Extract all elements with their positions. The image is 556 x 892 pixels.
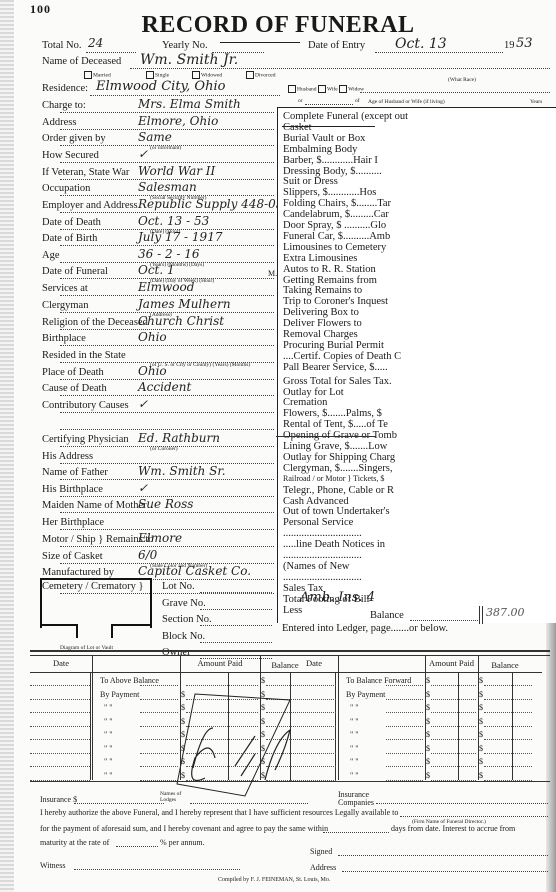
binding-edge [0, 0, 14, 892]
ledger-top-rule [30, 650, 550, 656]
charge-item: Railroad / or Motor } Tickets, $ [283, 474, 384, 483]
amount-paid-line [431, 753, 476, 754]
field-value[interactable]: Mrs. Elma Smith [138, 97, 241, 111]
insurance-companies-label: Insurance Companies [338, 791, 378, 807]
field-label: If Veteran, State War [42, 167, 129, 178]
charge-item: Suit or Dress [283, 176, 338, 187]
checkbox-widowed[interactable] [192, 71, 200, 79]
balance-line [484, 712, 532, 713]
field-value[interactable]: Ed. Rathburn [138, 431, 220, 445]
field-label: Cause of Death [42, 383, 107, 394]
charge-item: Embalming Body [283, 144, 357, 155]
charge-item: .............................. [283, 528, 362, 539]
year-prefix: 19 [504, 40, 515, 51]
field-line [60, 295, 274, 296]
ledger-row-line [140, 685, 178, 686]
lodges-label: Names of Lodges [160, 791, 190, 803]
firm-name-line [400, 816, 548, 817]
ledger-row-line [386, 685, 423, 686]
lot-diagram-box [40, 578, 152, 628]
lot-field-label: Lot No. [162, 581, 195, 592]
ledger-row-line [140, 712, 178, 713]
amount-paid-line [431, 685, 476, 686]
field-line [60, 529, 274, 530]
amount-paid-cell[interactable]: $ [426, 717, 430, 726]
authorization-line-2a: for the payment of aforesaid sum, and I … [40, 824, 328, 833]
lot-field-label: Section No. [162, 614, 212, 625]
checkbox-widow[interactable] [339, 85, 347, 93]
residence-value[interactable]: Elmwood City, Ohio [96, 79, 225, 94]
rate-line [116, 846, 158, 847]
field-label: Order given by [42, 133, 106, 144]
charge-item: Casket [283, 122, 312, 133]
ledger-header-rule [290, 672, 542, 673]
or-label: or [298, 98, 303, 104]
field-label: How Secured [42, 150, 99, 161]
charge-item: Clergyman, $.......Singers, [283, 463, 392, 474]
field-label: Name of Father [42, 467, 108, 478]
field-value[interactable]: 36 - 2 - 16 [138, 247, 200, 261]
lot-field-label: Block No. [162, 631, 205, 642]
charge-item: Getting Remains from [283, 275, 377, 286]
amount-paid-line [431, 766, 476, 767]
field-label: Date of Birth [42, 233, 97, 244]
amount-paid-cell[interactable]: $ [426, 730, 430, 739]
charge-item: Candelabrum, $.........Car [283, 209, 389, 220]
field-line [60, 395, 274, 396]
field-value[interactable]: Sue Ross [138, 497, 193, 511]
charge-item: Removal Charges [283, 329, 358, 340]
field-label: Charge to: [42, 100, 86, 111]
ledger-header-balance: Balance [478, 660, 532, 670]
insurance-companies-line [376, 803, 548, 804]
spouse-options[interactable]: Husband Wife Widow [288, 85, 364, 93]
lot-field-label: Grave No. [162, 598, 206, 609]
charge-item: Delivering Box to [283, 307, 359, 318]
charge-item: Cash Advanced [283, 496, 349, 507]
balance-line [484, 699, 532, 700]
field-label: Certifying Physician [42, 434, 129, 445]
field-value[interactable]: Church Christ [138, 314, 224, 328]
witness-label: Witness [40, 861, 65, 870]
ledger-row-line [386, 753, 423, 754]
charge-item: Personal Service [283, 517, 353, 528]
field-label: Date of Death [42, 217, 101, 228]
ledger-row-line [140, 739, 178, 740]
ledger-date-cell[interactable] [30, 739, 90, 740]
charge-item: Door Spray, $ ..........Glo [283, 220, 386, 231]
total-no-label: Total No. [42, 40, 82, 51]
marital-single[interactable]: Single [146, 71, 169, 79]
balance-cell[interactable]: $ [479, 757, 483, 766]
charge-item: Autos to R. R. Station [283, 264, 376, 275]
charges-header-rule [282, 126, 375, 127]
years-label: Years [530, 99, 542, 105]
charge-item: Limousines to Cemetery [283, 242, 386, 253]
field-line [60, 345, 274, 346]
checkbox-wife[interactable] [318, 85, 326, 93]
of-label: of [355, 98, 360, 104]
ledger-row-label: " " [104, 717, 113, 726]
charge-item: Burial Vault or Box [283, 133, 365, 144]
ledger-row-label: " " [104, 730, 113, 739]
balance-line [484, 685, 532, 686]
field-label: His Birthplace [42, 484, 103, 495]
signed-line[interactable] [338, 855, 548, 856]
ledger-row-line [140, 766, 178, 767]
ledger-row-line [386, 766, 423, 767]
insurance-label: Insurance $ [40, 795, 77, 804]
ledger-row-label: " " [104, 703, 113, 712]
ledger-row-line [140, 699, 178, 700]
stamp-outline-icon [175, 688, 305, 798]
field-label: Clergyman [42, 300, 88, 311]
charge-item: .............................. [283, 550, 362, 561]
ledger-row-label: " " [104, 744, 113, 753]
ledger-row-label: To Above Balance [100, 676, 159, 685]
field-value[interactable]: ✓ [138, 481, 148, 495]
field-line [60, 429, 274, 430]
title-underline [220, 42, 300, 43]
amount-paid-cell[interactable]: $ [426, 744, 430, 753]
checkbox-single[interactable] [146, 71, 154, 79]
charge-item: .....line Death Notices in [283, 539, 385, 550]
year-value[interactable]: 53 [516, 36, 533, 51]
balance-cell[interactable]: $ [479, 744, 483, 753]
field-label: Manufactured by [42, 567, 114, 578]
total-no-line [86, 52, 136, 53]
ledger-row-label: By Payment [100, 690, 139, 699]
balance-line [484, 753, 532, 754]
residence-line [90, 95, 280, 96]
field-label: Her Birthplace [42, 517, 104, 528]
field-label: Size of Casket [42, 551, 103, 562]
balance-cell[interactable]: $ [479, 771, 483, 780]
less-value[interactable]: Amb. Ins. 4 [300, 590, 375, 605]
charge-item: Folding Chairs, $........Tar [283, 198, 391, 209]
amount-paid-line [431, 699, 476, 700]
ledger-column-line [92, 655, 93, 780]
ledger-date-cell[interactable] [30, 726, 90, 727]
amount-paid-cell[interactable]: $ [426, 676, 430, 685]
field-label: Maiden Name of Mother [42, 500, 147, 511]
marital-widowed[interactable]: Widowed [192, 71, 222, 79]
authorization-line-3: maturity at the rate of [40, 838, 109, 847]
field-value[interactable]: Elmwood [138, 280, 194, 294]
balance-cell[interactable]: $ [479, 730, 483, 739]
balance-cell[interactable]: $ [479, 703, 483, 712]
ledger-header-rule [30, 672, 320, 673]
charge-item: (Names of New [283, 561, 349, 572]
field-line [60, 329, 274, 330]
field-line [60, 479, 274, 480]
field-label: Employer and Address [42, 200, 138, 211]
name-line [130, 68, 550, 69]
ledger-row-line [140, 753, 178, 754]
field-suffix: M. [268, 269, 277, 278]
paid-stamp [175, 688, 305, 798]
charge-item: Outlay for Lot [283, 387, 344, 398]
amount-paid-cell[interactable]: $ [426, 690, 430, 699]
charge-item: Cremation [283, 397, 327, 408]
lot-box-bottom-right [111, 624, 150, 626]
charges-panel: Complete Funeral (except outCasketBurial… [277, 107, 556, 623]
field-value[interactable]: Elmore [138, 531, 182, 545]
charge-item: Outlay for Shipping Charg [283, 452, 395, 463]
ledger-header-amount-paid: Amount Paid [425, 658, 478, 668]
address-label: Address [310, 863, 336, 872]
field-value[interactable]: Accident [138, 380, 191, 394]
ledger-subcolumn-line [90, 672, 91, 780]
ledger-entry-label: Entered into Ledger, page.......or below… [282, 623, 448, 634]
field-label: Birthplace [42, 333, 86, 344]
charge-item: Barber, $............Hair I [283, 155, 378, 166]
field-value[interactable]: Wm. Smith Sr. [138, 464, 226, 478]
ledger-row-label: " " [350, 771, 359, 780]
ledger-row-label: By Payment [346, 690, 385, 699]
ledger-row-label: " " [104, 771, 113, 780]
charge-item: Rental of Tent, $.....of Te [283, 419, 388, 430]
field-label: Motor / Ship } Remains to [42, 534, 154, 545]
field-value[interactable]: Salesman [138, 180, 197, 194]
field-value[interactable]: Same [138, 130, 172, 144]
amount-paid-line [431, 739, 476, 740]
field-value[interactable]: ✓ [138, 147, 148, 161]
balance-label: Balance [370, 610, 404, 621]
charge-item: Telegr., Phone, Cable or R [283, 485, 394, 496]
address-line[interactable] [342, 871, 548, 872]
balance-cell[interactable]: $ [479, 717, 483, 726]
yearly-no-label: Yearly No. [162, 40, 208, 51]
lodges-line [190, 803, 308, 804]
marital-divorced[interactable]: Divorced [246, 71, 275, 79]
ledger-date-cell[interactable] [30, 685, 90, 686]
checkbox-husband[interactable] [288, 85, 296, 93]
ledger-row-label: " " [104, 757, 113, 766]
amount-paid-cell[interactable]: $ [426, 703, 430, 712]
days-line [323, 832, 389, 833]
field-value[interactable]: Elmore, Ohio [138, 114, 218, 128]
field-line [60, 212, 274, 213]
compiled-by: Compiled by F. J. FEINEMAN, St. Louis, M… [218, 877, 330, 883]
charge-item: Out of town Undertaker's [283, 506, 390, 517]
field-line [60, 546, 274, 547]
date-of-entry-value[interactable]: Oct. 13 [395, 36, 447, 52]
percent-label: % per annum. [160, 838, 205, 847]
charge-item: Less [283, 605, 302, 616]
field-value[interactable]: 6/0 [138, 548, 157, 562]
field-line [60, 512, 274, 513]
field-value[interactable]: Capitol Casket Co. [138, 564, 251, 578]
field-line [60, 412, 274, 413]
amount-paid-cell[interactable]: $ [426, 757, 430, 766]
ledger-date-cell[interactable] [30, 766, 90, 767]
field-label: Services at [42, 283, 88, 294]
field-label: Address [42, 117, 76, 128]
ledger-date-cell[interactable] [290, 685, 336, 686]
charge-item: Procuring Burial Permit [283, 340, 384, 351]
amount-paid-line [431, 712, 476, 713]
ledger-row-line [386, 699, 423, 700]
charge-item: Funeral Car, $..........Amb [283, 231, 390, 242]
name-of-deceased-label: Name of Deceased [42, 56, 121, 67]
page-shadow [546, 620, 556, 892]
ledger-row-label: " " [350, 757, 359, 766]
balance-cell[interactable]: $ [479, 690, 483, 699]
field-label: His Address [42, 451, 93, 462]
lot-field-line[interactable] [200, 592, 272, 593]
balance-line [484, 739, 532, 740]
lot-box-leg-right [111, 624, 113, 638]
charge-item: Gross Total for Sales Tax. [283, 376, 392, 387]
balance-value[interactable]: 387.00 [486, 606, 525, 619]
field-line [60, 162, 274, 163]
ledger-column-line [338, 655, 339, 780]
charge-item: Extra Limousines [283, 253, 357, 264]
age-spouse-label: Age of Husband or Wife (if living) [368, 99, 445, 105]
checkbox-married[interactable] [84, 71, 92, 79]
field-value[interactable]: July 17 - 1917 [138, 230, 222, 244]
field-label: Date of Funeral [42, 266, 108, 277]
field-line [60, 245, 274, 246]
name-of-deceased-value[interactable]: Wm. Smith Jr. [140, 52, 238, 68]
ledger-row-line [386, 726, 423, 727]
field-label: Occupation [42, 183, 90, 194]
lot-field-line[interactable] [200, 642, 272, 643]
field-value[interactable]: World War II [138, 164, 215, 178]
balance-line [410, 620, 480, 621]
ledger-header-amount-paid: Amount Paid [180, 658, 260, 668]
charge-item: Pall Bearer Service, $..... [283, 362, 388, 373]
authorization-line-1: I hereby authorize the above Funeral, an… [40, 808, 398, 817]
field-value[interactable]: Oct. 1 [138, 263, 175, 277]
witness-line[interactable] [74, 869, 240, 870]
ledger-date-cell[interactable] [30, 753, 90, 754]
date-of-entry-label: Date of Entry [308, 40, 365, 51]
charges-subtotal-rule [276, 436, 376, 437]
balance-column-divider [479, 606, 483, 624]
field-label: Place of Death [42, 367, 104, 378]
ledger-row-label: " " [350, 730, 359, 739]
lot-field-line[interactable] [200, 625, 272, 626]
amount-paid-line [186, 685, 258, 686]
lot-box-bottom-left [40, 624, 78, 626]
ledger-date-cell[interactable] [30, 699, 90, 700]
field-sublabel: (or Coroner) [150, 446, 178, 452]
ledger-row-label: To Balance Forward [346, 676, 411, 685]
field-value[interactable]: Ohio [138, 364, 167, 378]
field-sublabel: (or informant) [150, 145, 181, 151]
ledger-row-label: " " [350, 717, 359, 726]
ledger-header-date: Date [290, 658, 338, 668]
ledger-row-label: " " [350, 703, 359, 712]
balance-cell[interactable]: $ [479, 676, 483, 685]
balance-line [484, 726, 532, 727]
race-line [360, 92, 550, 93]
lot-field-line[interactable] [200, 609, 272, 610]
charge-item: Deliver Flowers to [283, 318, 362, 329]
ledger-header-date: Date [30, 658, 92, 668]
charge-item: Dressing Body, $.......... [283, 166, 382, 177]
page-title: RECORD OF FUNERAL [0, 12, 556, 39]
balance-cell[interactable]: $ [261, 676, 265, 685]
charge-item: ....Certif. Copies of Death C [283, 351, 401, 362]
what-race-label: (What Race) [448, 77, 476, 83]
field-label: Resided in the State [42, 350, 126, 361]
field-label: Age [42, 250, 60, 261]
ledger-row-label: " " [350, 744, 359, 753]
field-value[interactable]: Oct. 13 - 53 [138, 214, 209, 228]
total-no-value[interactable]: 24 [88, 36, 103, 50]
date-of-entry-line [375, 52, 503, 53]
signed-label: Signed [310, 847, 332, 856]
authorization-line-2b: days from date. Interest to accrue from [391, 824, 515, 833]
spouse-name-line [305, 104, 353, 105]
ledger-row-line [386, 712, 423, 713]
residence-label: Residence: [42, 83, 88, 94]
field-value[interactable]: ✓ [138, 397, 148, 411]
checkbox-divorced[interactable] [246, 71, 254, 79]
charge-item: Trip to Coroner's Inquest [283, 296, 388, 307]
field-label: Contributory Causes [42, 400, 129, 411]
insurance-line [74, 803, 164, 804]
charge-item: .............................. [283, 572, 362, 583]
ledger-row-line [140, 726, 178, 727]
field-label: Religion of the Deceased [42, 317, 148, 328]
field-line [60, 112, 274, 113]
marital-married[interactable]: Married [84, 71, 111, 79]
ledger-date-cell[interactable] [30, 712, 90, 713]
charge-item: Taking Remains to [283, 285, 362, 296]
amount-paid-line [431, 726, 476, 727]
ledger-row-line [386, 739, 423, 740]
amount-paid-cell[interactable]: $ [426, 771, 430, 780]
balance-line [484, 766, 532, 767]
field-value[interactable]: James Mulhern [138, 297, 231, 311]
charge-item: Slippers, $............Hos [283, 187, 376, 198]
charge-item: Complete Funeral (except out [283, 111, 408, 122]
charge-item: Flowers, $.......Palms, $ [283, 408, 382, 419]
field-value[interactable]: Ohio [138, 330, 167, 344]
lot-box-leg-left [76, 624, 78, 638]
charge-item: Lining Grave, $.......Low [283, 441, 387, 452]
